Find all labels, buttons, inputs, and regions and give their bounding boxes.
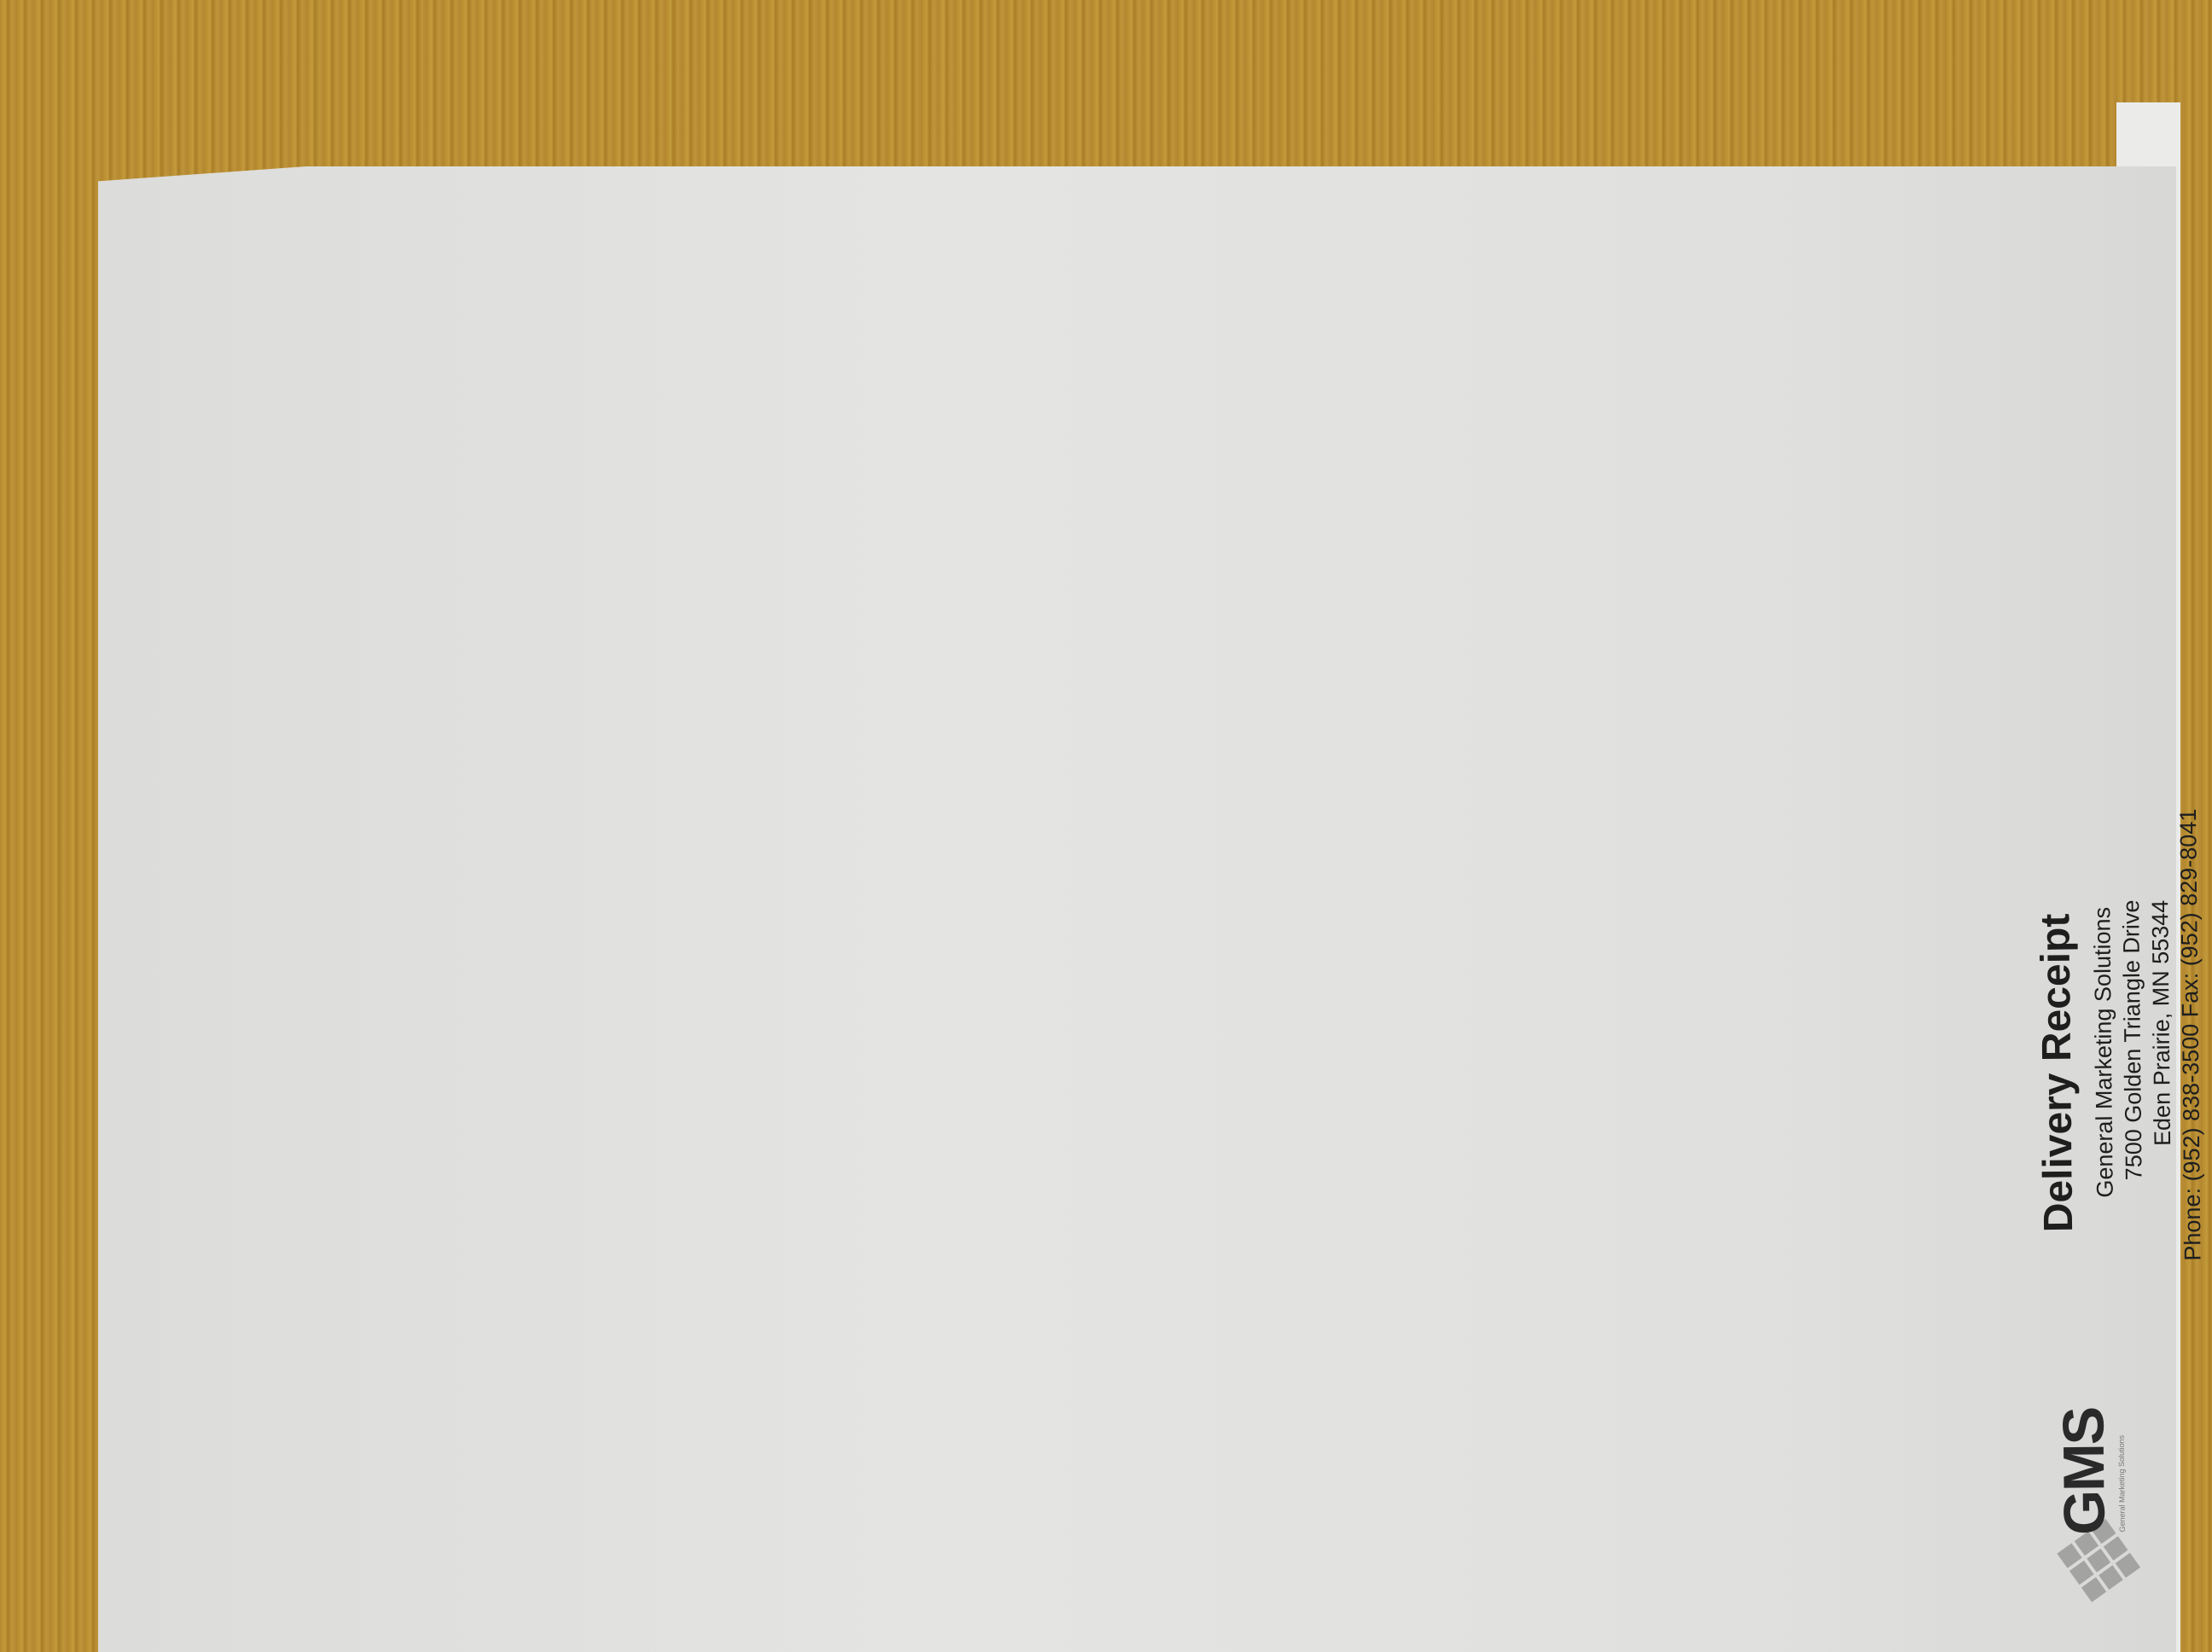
document-title: Delivery Receipt bbox=[2032, 913, 2082, 1232]
logo-text: GMS bbox=[2050, 1408, 2118, 1536]
gms-logo: GMS General Marketing Solutions bbox=[2042, 1436, 2172, 1591]
paper-sheet bbox=[98, 166, 2176, 1652]
delivery-receipt-page: GMS General Marketing Solutions Delivery… bbox=[1982, 172, 2212, 1626]
logo-subtitle: General Marketing Solutions bbox=[2117, 1435, 2127, 1533]
